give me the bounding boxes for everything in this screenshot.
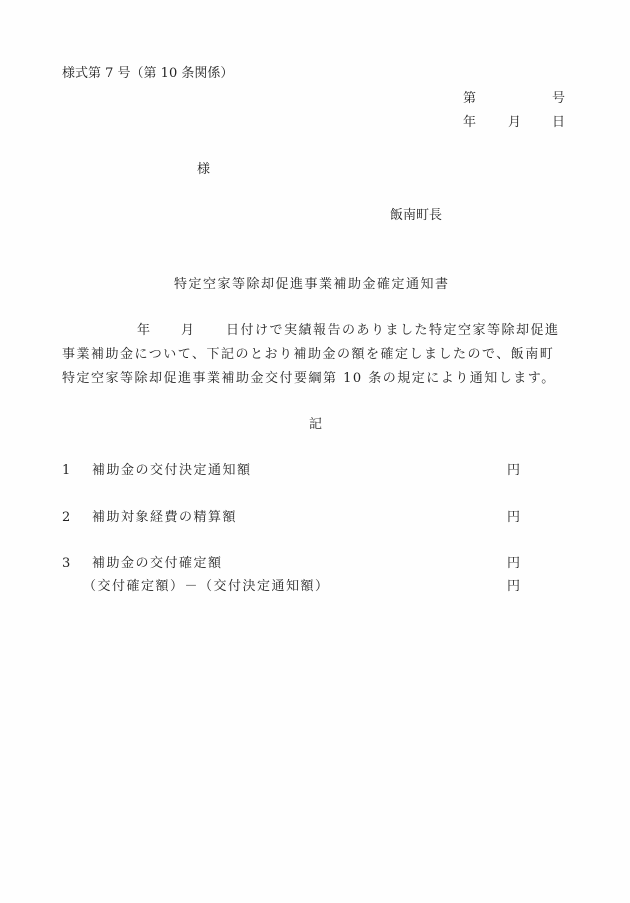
sender: 飯南町長: [390, 208, 442, 224]
addressee-suffix: 様: [197, 162, 210, 178]
item-1-number: 1: [62, 463, 70, 479]
ki-heading: 記: [309, 417, 322, 433]
form-label: 様式第 7 号（第 10 条関係）: [62, 66, 233, 82]
item-3-label: 補助金の交付確定額: [92, 556, 223, 572]
number-suffix: 号: [552, 91, 565, 107]
body-line2: 事業補助金について、下記のとおり補助金の額を確定しましたので、飯南町: [62, 347, 554, 363]
difference-label: （交付確定額）－（交付決定通知額）: [83, 579, 330, 595]
body-month: 月: [181, 323, 194, 339]
number-prefix: 第: [463, 91, 476, 107]
item-3-unit: 円: [507, 556, 520, 572]
body-line3: 特定空家等除却促進事業補助金交付要綱第 10 条の規定により通知します。: [62, 371, 556, 387]
item-1-label: 補助金の交付決定通知額: [92, 463, 252, 479]
item-2-unit: 円: [507, 510, 520, 526]
item-2-label: 補助対象経費の精算額: [92, 510, 237, 526]
difference-unit: 円: [507, 579, 520, 595]
item-3-number: 3: [62, 556, 70, 572]
date-year: 年: [463, 115, 476, 131]
item-1-unit: 円: [507, 463, 520, 479]
body-line1: 日付けで実績報告のありました特定空家等除却促進: [226, 323, 560, 339]
date-day: 日: [552, 115, 565, 131]
body-year: 年: [137, 323, 150, 339]
document-title: 特定空家等除却促進事業補助金確定通知書: [174, 277, 450, 293]
date-month: 月: [508, 115, 521, 131]
item-2-number: 2: [62, 510, 70, 526]
